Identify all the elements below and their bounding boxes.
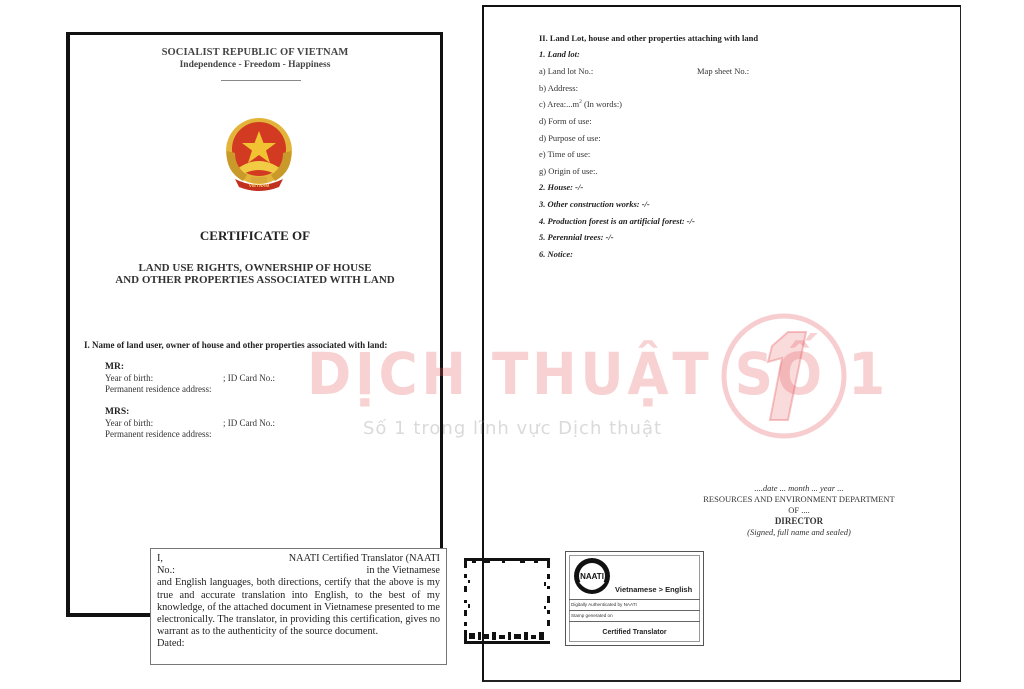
form-of-use: d) Form of use: [539,116,592,126]
certificate-title: CERTIFICATE OF [70,228,440,244]
certificate-cover-page: SOCIALIST REPUBLIC OF VIETNAM Independen… [66,32,443,617]
signature-note: (Signed, full name and sealed) [684,527,914,537]
national-emblem-icon: VIETNAM [213,115,305,197]
stamp-language-pair: Vietnamese > English [615,585,692,594]
item-production-forest: 4. Production forest is an artificial fo… [539,216,695,226]
time-of-use: e) Time of use: [539,149,590,159]
mr-year-of-birth: Year of birth: [105,373,153,383]
cert-line1-left: I, [157,553,163,565]
country-heading: SOCIALIST REPUBLIC OF VIETNAM [70,47,440,58]
stamp-authenticated: Digitally Authenticated by NAATI [569,599,700,610]
svg-text:VIETNAM: VIETNAM [249,183,270,188]
mrs-year-of-birth: Year of birth: [105,418,153,428]
item-notice: 6. Notice: [539,249,573,259]
signature-department: RESOURCES AND ENVIRONMENT DEPARTMENT [684,494,914,504]
mr-id-card: ; ID Card No.: [223,373,275,383]
qr-code-icon [462,556,552,646]
purpose-of-use: d) Purpose of use: [539,133,601,143]
motto: Independence - Freedom - Happiness [70,60,440,70]
mrs-address: Permanent residence address: [105,429,211,439]
certificate-subtitle-line1: LAND USE RIGHTS, OWNERSHIP OF HOUSE [70,262,440,274]
item-construction-works: 3. Other construction works: -/- [539,199,650,209]
stamp-divider [569,621,700,622]
land-lot-heading: 1. Land lot: [539,49,580,59]
section2-heading: II. Land Lot, house and other properties… [539,33,758,43]
section1-heading: I. Name of land user, owner of house and… [84,340,387,350]
person-label-mr: MR: [105,362,124,372]
cert-body: and English languages, both directions, … [157,577,440,638]
signature-of: OF .... [684,505,914,515]
header-divider [221,80,301,81]
item-perennial-trees: 5. Perennial trees: -/- [539,232,614,242]
land-lot-no: a) Land lot No.: [539,66,593,76]
origin-of-use: g) Origin of use:. [539,166,598,176]
signature-title: DIRECTOR [684,516,914,526]
svg-text:NAATI: NAATI [580,572,604,581]
person-label-mrs: MRS: [105,407,129,417]
cert-dated: Dated: [157,638,440,650]
item-house: 2. House: -/- [539,182,583,192]
area-field: c) Area:...m2 (In words:) [539,99,622,109]
mr-address: Permanent residence address: [105,384,211,394]
naati-stamp: NAATI Vietnamese > English Digitally Aut… [565,551,704,646]
map-sheet-no: Map sheet No.: [697,66,749,76]
translator-certification: I, NAATI Certified Translator (NAATI No.… [150,548,447,665]
certificate-detail-page: II. Land Lot, house and other properties… [482,5,961,682]
signature-date: ....date ... month ... year ... [684,483,914,493]
naati-logo-icon: NAATI [572,556,612,596]
stamp-certified-translator: Certified Translator [566,629,703,636]
certificate-subtitle-line2: AND OTHER PROPERTIES ASSOCIATED WITH LAN… [70,274,440,286]
address-field: b) Address: [539,83,578,93]
cert-line2-left: No.: [157,565,175,577]
cert-line2-right: in the Vietnamese [366,565,440,577]
stamp-generated: Stamp generated on [569,610,700,621]
mrs-id-card: ; ID Card No.: [223,418,275,428]
cert-line1-right: NAATI Certified Translator (NAATI [289,553,440,565]
